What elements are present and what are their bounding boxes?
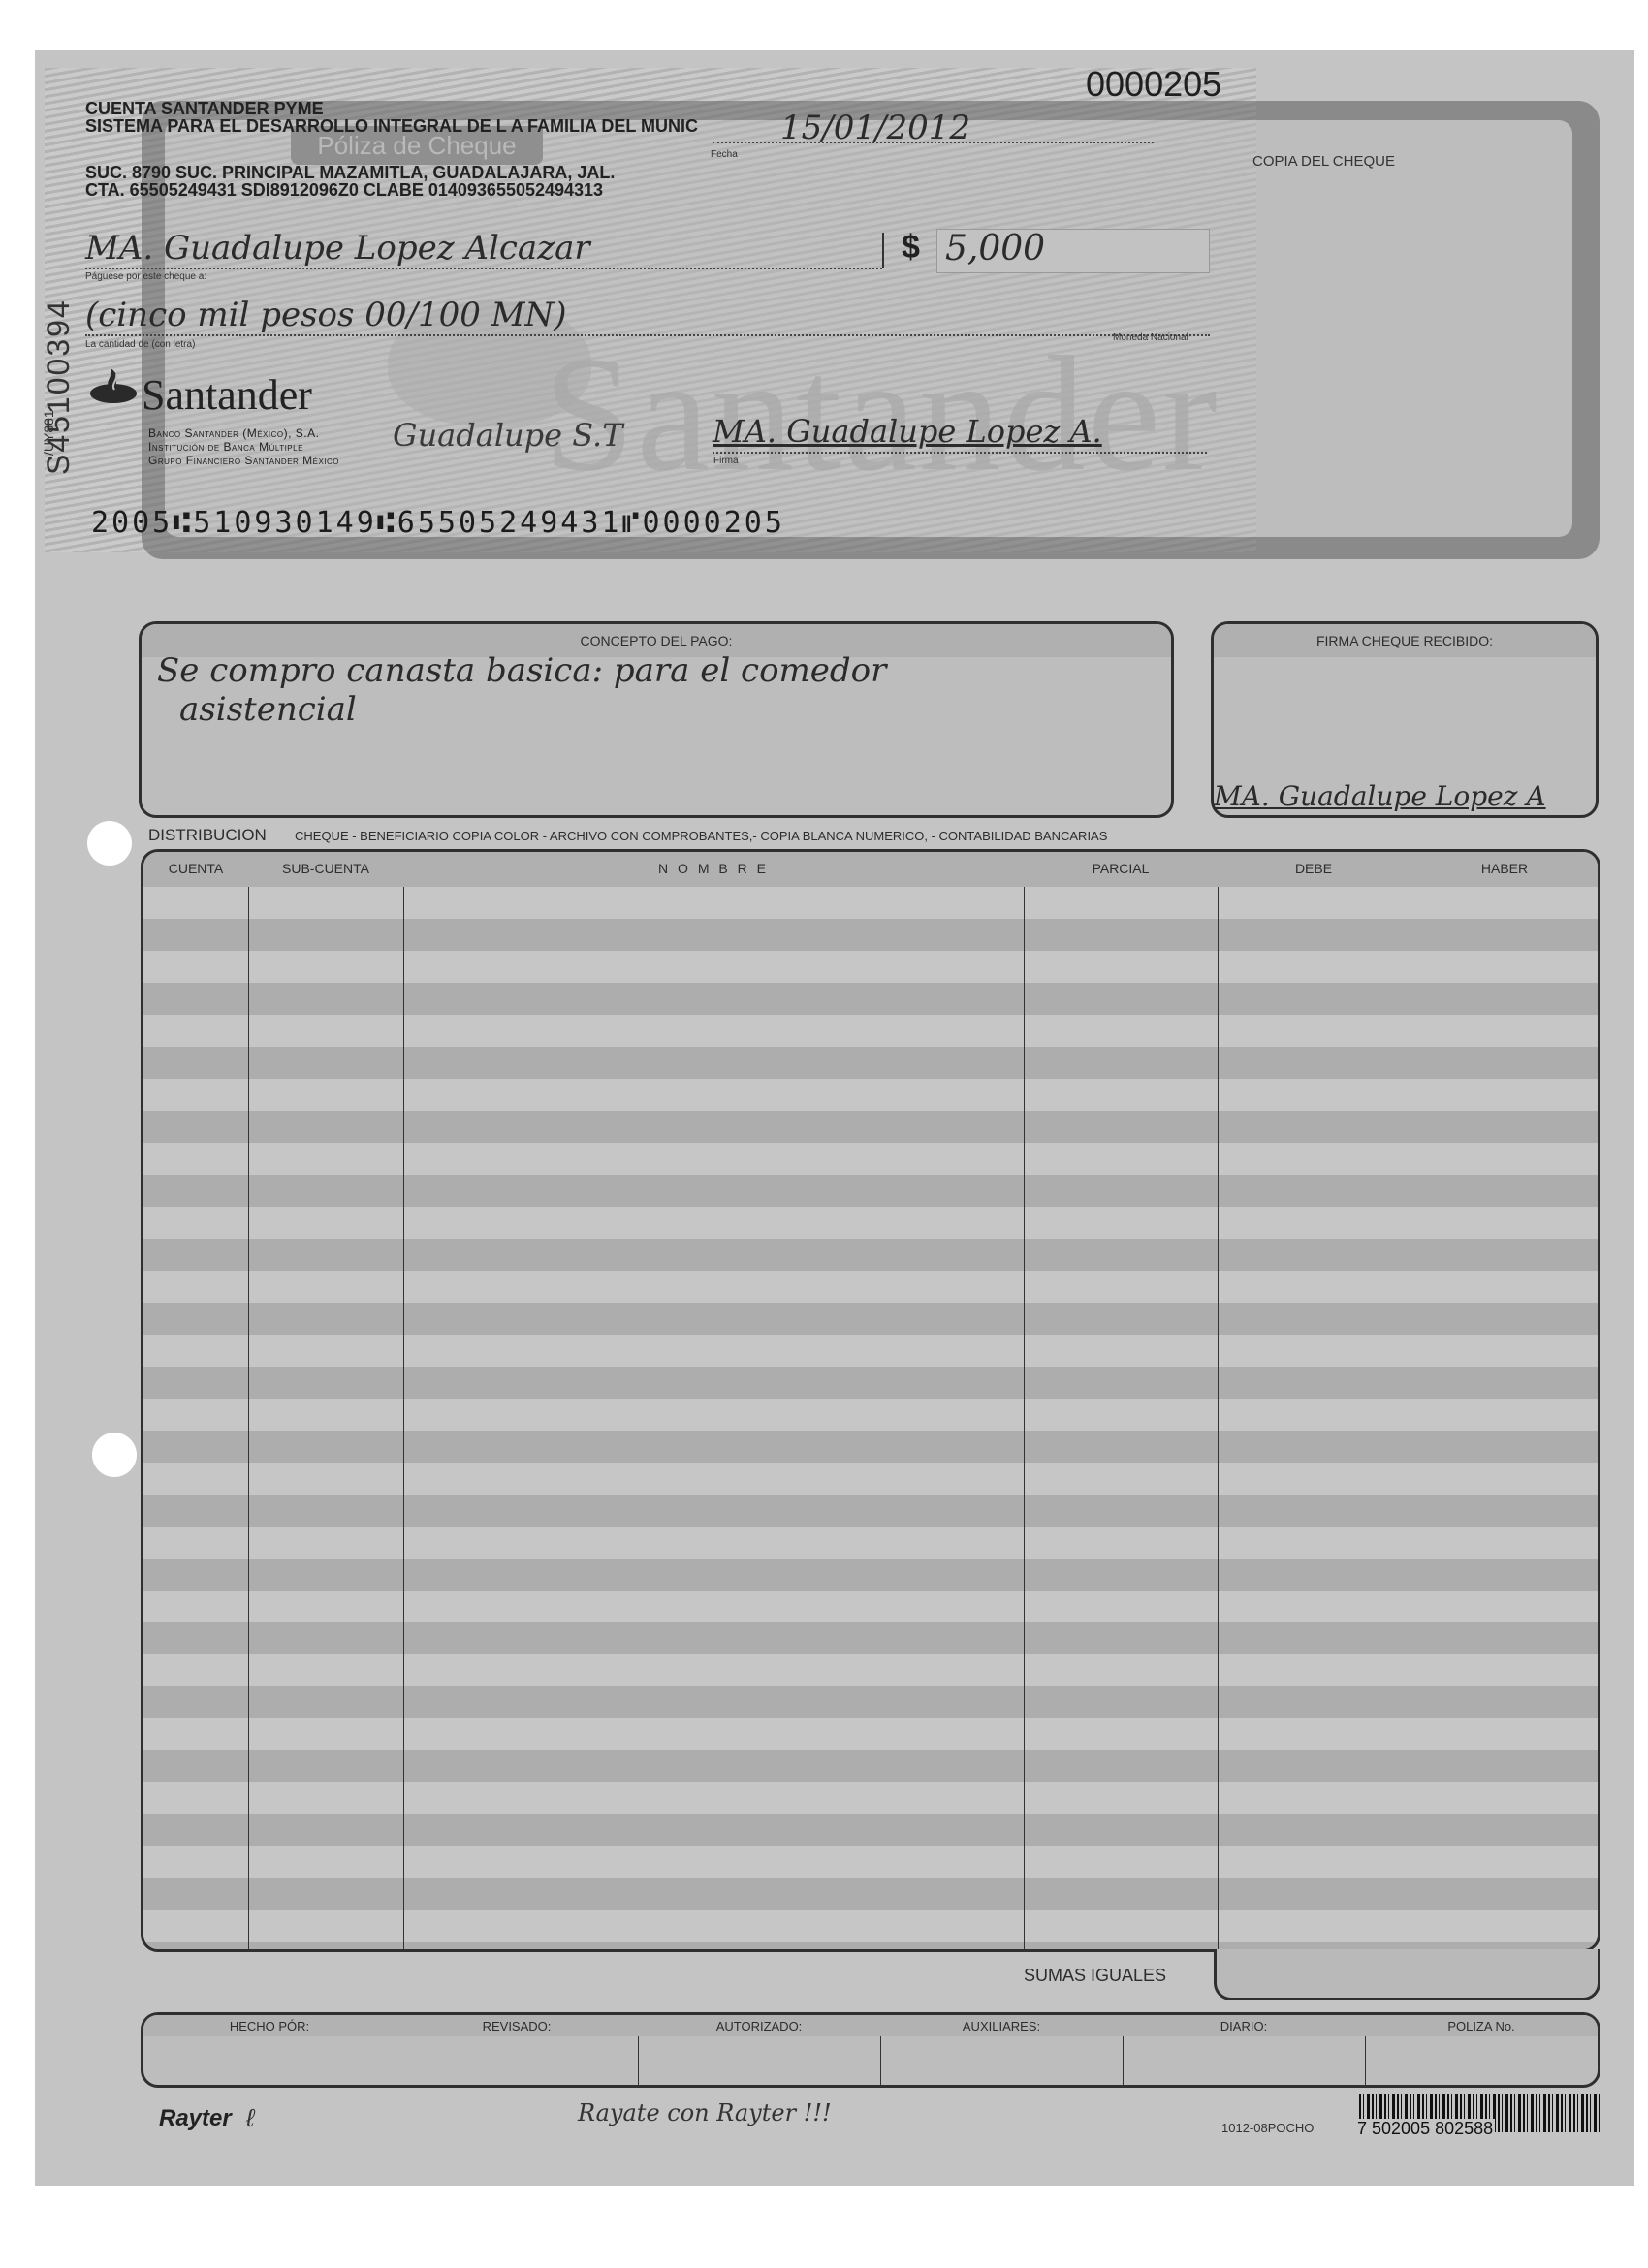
rayter-logo: Rayter: [159, 2105, 232, 2132]
date-field[interactable]: 15/01/2012: [713, 109, 1154, 143]
account-holder: SISTEMA PARA EL DESARROLLO INTEGRAL DE L…: [85, 116, 698, 136]
payee-divider: [882, 233, 884, 268]
account-numbers: CTA. 65505249431 SDI8912096Z0 CLABE 0140…: [85, 180, 603, 200]
secondary-signature: Guadalupe S.T: [393, 417, 623, 454]
hecho-por-label: HECHO PÓR:: [143, 2019, 396, 2033]
firma-recibido-signature[interactable]: MA. Guadalupe Lopez A: [1214, 780, 1546, 812]
column-divider: [403, 887, 404, 1952]
column-divider: [1218, 887, 1219, 1952]
amount-field[interactable]: 5,000: [945, 229, 1045, 268]
date-label: Fecha: [711, 149, 738, 160]
col-haber: HABER: [1410, 861, 1600, 876]
amount-words-field[interactable]: (cinco mil pesos 00/100 MN): [85, 296, 1210, 336]
payee-label: Páguese por este cheque a:: [85, 271, 206, 282]
form-code: 1012-08POCHO: [1221, 2121, 1314, 2135]
currency-symbol: $: [902, 229, 920, 267]
column-divider: [248, 887, 249, 1952]
bank-legal-lines: Banco Santander (México), S.A. Instituci…: [148, 426, 339, 467]
payee-field[interactable]: MA. Guadalupe Lopez Alcazar: [85, 229, 882, 269]
signature-label: Firma: [713, 456, 739, 466]
diario-label: DIARIO:: [1123, 2019, 1365, 2033]
binder-hole-bottom: [92, 1433, 137, 1477]
distribucion-text: CHEQUE - BENEFICIARIO COPIA COLOR - ARCH…: [295, 829, 1107, 843]
sig-divider: [638, 2036, 639, 2087]
sig-divider: [880, 2036, 881, 2087]
amount-words-label: La cantidad de (con letra): [85, 339, 195, 350]
brush-icon: ℓ: [246, 2103, 254, 2133]
currency-label: Moneda Nacional: [1113, 332, 1188, 343]
firma-recibido-label: FIRMA CHEQUE RECIBIDO:: [1214, 624, 1596, 657]
column-divider: [1024, 887, 1025, 1952]
santander-flame-icon: [89, 368, 138, 403]
autorizado-label: AUTORIZADO:: [638, 2019, 880, 2033]
auxiliares-label: AUXILIARES:: [880, 2019, 1123, 2033]
branch-line: SUC. 8790 SUC. PRINCIPAL MAZAMITLA, GUAD…: [85, 163, 615, 182]
sig-divider: [1365, 2036, 1366, 2087]
sig-divider: [396, 2036, 396, 2087]
binder-hole-top: [87, 821, 132, 866]
col-cuenta: CUENTA: [143, 861, 248, 876]
sumas-iguales-box[interactable]: [1214, 1949, 1600, 2000]
col-nombre: N O M B R E: [403, 861, 1024, 876]
col-sub-cuenta: SUB-CUENTA: [248, 861, 403, 876]
sig-divider: [1123, 2036, 1124, 2087]
column-divider: [1410, 887, 1410, 1952]
revisado-label: REVISADO:: [396, 2019, 638, 2033]
signature-field[interactable]: MA. Guadalupe Lopez A.: [713, 413, 1207, 454]
account-type: CUENTA SANTANDER PYME: [85, 99, 324, 118]
barcode-number: 7 502005 802588: [1355, 2119, 1495, 2139]
distribution-table: CUENTA SUB-CUENTA N O M B R E PARCIAL DE…: [141, 849, 1600, 1952]
bank-logo-text: Santander: [142, 370, 312, 420]
concepto-line-1[interactable]: Se compro canasta basica: para el comedo…: [157, 651, 886, 690]
copy-label: COPIA DEL CHEQUE: [1252, 153, 1395, 170]
col-parcial: PARCIAL: [1024, 861, 1218, 876]
sumas-label: SUMAS IGUALES: [1024, 1966, 1166, 1986]
table-rows[interactable]: [143, 887, 1598, 1952]
distribucion-label: DISTRIBUCION: [148, 826, 267, 845]
authorization-box: HECHO PÓR: REVISADO: AUTORIZADO: AUXILIA…: [141, 2012, 1600, 2088]
concepto-line-2[interactable]: asistencial: [179, 690, 357, 729]
table-header: CUENTA SUB-CUENTA N O M B R E PARCIAL DE…: [143, 852, 1598, 887]
micr-line: 2005⑆510930149⑆65505249431⑈0000205: [91, 506, 785, 540]
col-debe: DEBE: [1218, 861, 1410, 876]
check-number: 0000205: [1086, 64, 1221, 105]
footer-slogan: Rayate con Rayter !!!: [578, 2099, 832, 2126]
poliza-no-label: POLIZA No.: [1365, 2019, 1598, 2033]
